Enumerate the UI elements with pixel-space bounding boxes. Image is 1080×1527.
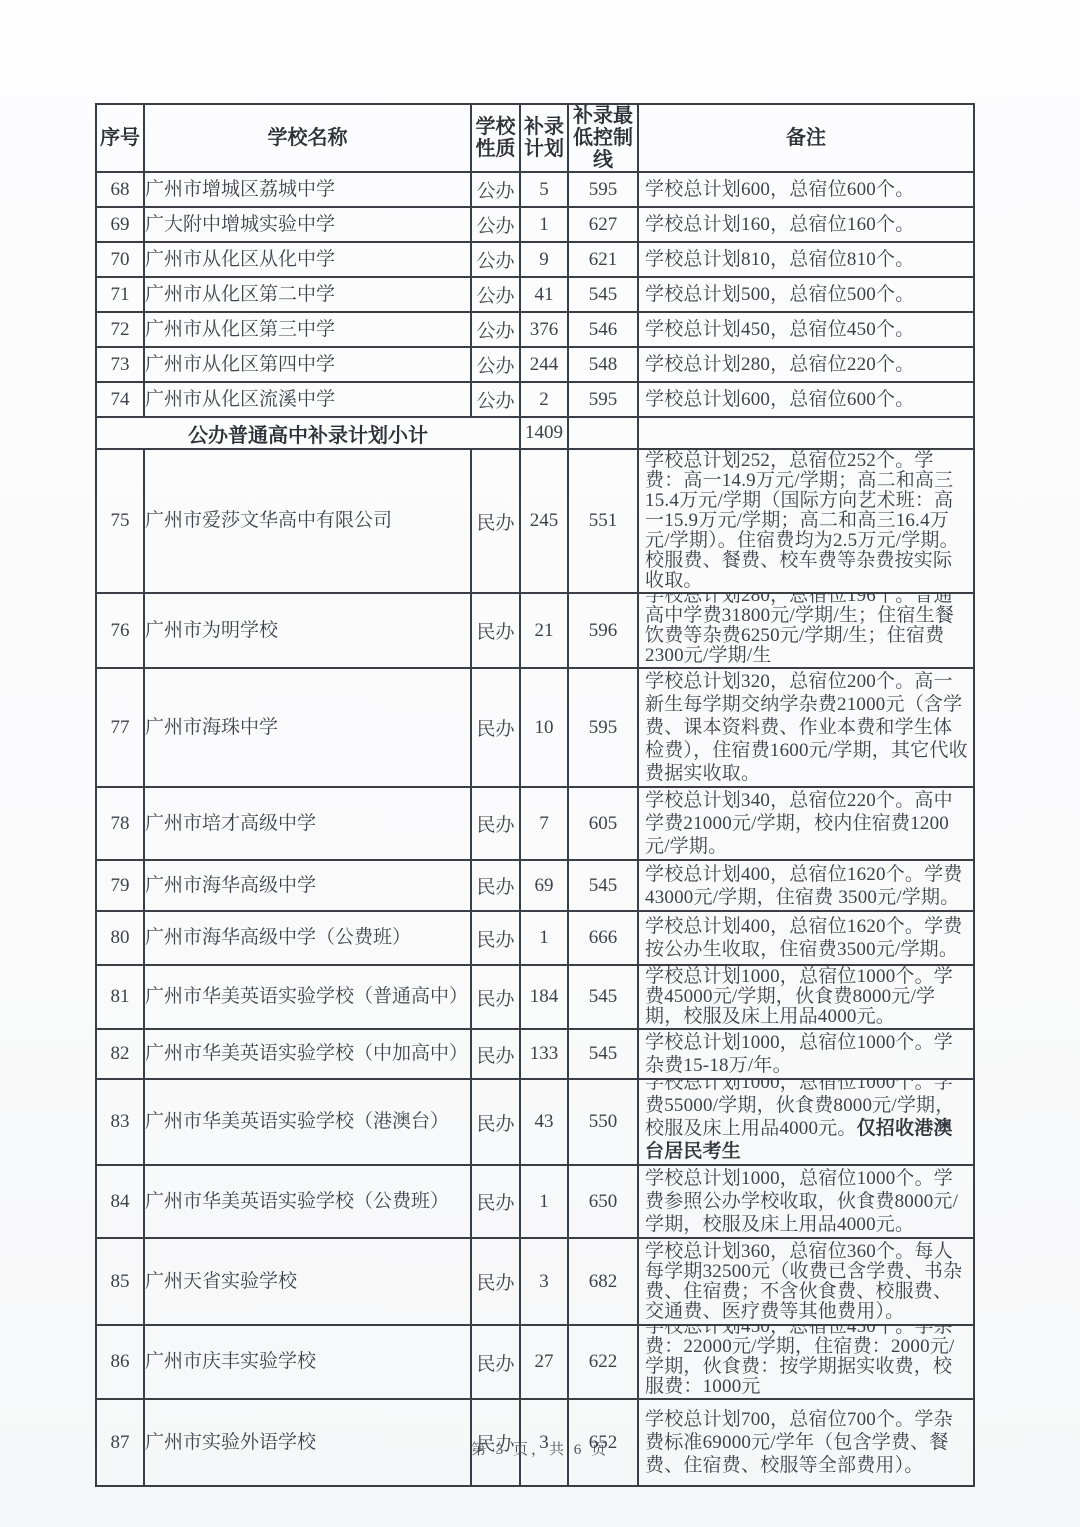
cell-plan: 41 bbox=[520, 277, 568, 312]
school-row: 74广州市从化区流溪中学公办2595学校总计划600，总宿位600个。 bbox=[96, 382, 974, 417]
cell-plan: 2 bbox=[520, 382, 568, 417]
cell-school-type: 民办 bbox=[471, 593, 520, 668]
cell-no: 83 bbox=[96, 1079, 144, 1165]
cell-no: 79 bbox=[96, 860, 144, 911]
cell-min-line: 545 bbox=[568, 1029, 638, 1079]
col-header-no: 序号 bbox=[96, 104, 144, 172]
remark-text: 学校总计划1000，总宿位1000个。学费55000/学期，伙食费8000元/学… bbox=[639, 1079, 973, 1164]
remark-text: 学校总计划340，总宿位220个。高中学费21000元/学期，校内住宿费1200… bbox=[639, 788, 973, 859]
cell-school-type: 公办 bbox=[471, 382, 520, 417]
cell-min-line: 551 bbox=[568, 449, 638, 593]
cell-no: 82 bbox=[96, 1029, 144, 1079]
remark-text-normal: 学校总计划340，总宿位220个。高中学费21000元/学期，校内住宿费1200… bbox=[645, 790, 953, 857]
cell-school-type: 民办 bbox=[471, 860, 520, 911]
cell-school-name: 广州市华美英语实验学校（中加高中） bbox=[144, 1029, 471, 1079]
school-row: 82广州市华美英语实验学校（中加高中）民办133545学校总计划1000，总宿位… bbox=[96, 1029, 974, 1079]
remark-text: 学校总计划320，总宿位200个。高一新生每学期交纳学杂费21000元（含学费、… bbox=[639, 669, 973, 786]
remark-text-normal: 学校总计划600，总宿位600个。 bbox=[645, 179, 914, 200]
cell-remark: 学校总计划810，总宿位810个。 bbox=[638, 242, 974, 277]
cell-school-name: 广州市从化区第四中学 bbox=[144, 347, 471, 382]
cell-plan: 184 bbox=[520, 965, 568, 1029]
cell-plan: 1 bbox=[520, 1165, 568, 1238]
col-header-plan: 补录计划 bbox=[520, 104, 568, 172]
cell-plan: 245 bbox=[520, 449, 568, 593]
school-row: 68广州市增城区荔城中学公办5595学校总计划600，总宿位600个。 bbox=[96, 172, 974, 207]
cell-school-type: 公办 bbox=[471, 172, 520, 207]
cell-min-line: 596 bbox=[568, 593, 638, 668]
school-row: 85广州天省实验学校民办3682学校总计划360，总宿位360个。每人每学期32… bbox=[96, 1238, 974, 1325]
school-row: 75广州市爱莎文华高中有限公司民办245551学校总计划252，总宿位252个。… bbox=[96, 449, 974, 593]
cell-remark: 学校总计划252，总宿位252个。学费：高一14.9万元/学期；高二和高三15.… bbox=[638, 449, 974, 593]
school-row: 83广州市华美英语实验学校（港澳台）民办43550学校总计划1000，总宿位10… bbox=[96, 1079, 974, 1165]
subtotal-plan-value: 1409 bbox=[520, 417, 568, 449]
cell-min-line: 605 bbox=[568, 787, 638, 860]
school-row: 71广州市从化区第二中学公办41545学校总计划500，总宿位500个。 bbox=[96, 277, 974, 312]
cell-no: 69 bbox=[96, 207, 144, 242]
remark-text-normal: 学校总计划320，总宿位200个。高一新生每学期交纳学杂费21000元（含学费、… bbox=[645, 671, 968, 784]
cell-school-name: 广州市从化区第二中学 bbox=[144, 277, 471, 312]
remark-text: 学校总计划450，总宿位450个。 bbox=[639, 317, 973, 342]
cell-school-name: 广大附中增城实验中学 bbox=[144, 207, 471, 242]
cell-min-line: 545 bbox=[568, 277, 638, 312]
cell-remark: 学校总计划450，总宿位450个。 bbox=[638, 312, 974, 347]
cell-plan: 69 bbox=[520, 860, 568, 911]
cell-plan: 7 bbox=[520, 787, 568, 860]
cell-no: 71 bbox=[96, 277, 144, 312]
remark-text: 学校总计划600，总宿位600个。 bbox=[639, 177, 973, 202]
remark-text-normal: 学校总计划280，总宿位220个。 bbox=[645, 354, 914, 375]
cell-school-name: 广州市从化区从化中学 bbox=[144, 242, 471, 277]
cell-no: 70 bbox=[96, 242, 144, 277]
remark-text: 学校总计划400，总宿位1620个。学费按公办生收取，住宿费3500元/学期。 bbox=[639, 914, 973, 962]
cell-school-type: 民办 bbox=[471, 449, 520, 593]
cell-plan: 43 bbox=[520, 1079, 568, 1165]
cell-min-line: 622 bbox=[568, 1325, 638, 1399]
cell-school-type: 公办 bbox=[471, 207, 520, 242]
school-row: 69广大附中增城实验中学公办1627学校总计划160，总宿位160个。 bbox=[96, 207, 974, 242]
cell-min-line: 550 bbox=[568, 1079, 638, 1165]
cell-min-line: 621 bbox=[568, 242, 638, 277]
cell-school-name: 广州市华美英语实验学校（普通高中） bbox=[144, 965, 471, 1029]
cell-plan: 27 bbox=[520, 1325, 568, 1399]
cell-min-line: 548 bbox=[568, 347, 638, 382]
col-header-remark: 备注 bbox=[638, 104, 974, 172]
cell-school-name: 广州市庆丰实验学校 bbox=[144, 1325, 471, 1399]
remark-text-normal: 学校总计划160，总宿位160个。 bbox=[645, 214, 914, 235]
cell-school-name: 广州市增城区荔城中学 bbox=[144, 172, 471, 207]
cell-remark: 学校总计划400，总宿位1620个。学费按公办生收取，住宿费3500元/学期。 bbox=[638, 911, 974, 965]
cell-school-type: 公办 bbox=[471, 347, 520, 382]
cell-min-line: 666 bbox=[568, 911, 638, 965]
remark-text: 学校总计划1000，总宿位1000个。学费45000元/学期，伙食费8000元/… bbox=[639, 966, 973, 1028]
col-header-school-type: 学校性质 bbox=[471, 104, 520, 172]
remark-text-normal: 学校总计划810，总宿位810个。 bbox=[645, 249, 914, 270]
cell-remark: 学校总计划340，总宿位220个。高中学费21000元/学期，校内住宿费1200… bbox=[638, 787, 974, 860]
remark-text-normal: 学校总计划450，总宿位450个。 bbox=[645, 319, 914, 340]
table-header-row: 序号 学校名称 学校性质 补录计划 补录最低控制线 备注 bbox=[96, 104, 974, 172]
cell-no: 75 bbox=[96, 449, 144, 593]
remark-text-normal: 学校总计划252，总宿位252个。学费：高一14.9万元/学期；高二和高三15.… bbox=[645, 450, 959, 591]
cell-remark: 学校总计划280，总宿位220个。 bbox=[638, 347, 974, 382]
cell-min-line: 595 bbox=[568, 382, 638, 417]
cell-no: 84 bbox=[96, 1165, 144, 1238]
cell-no: 74 bbox=[96, 382, 144, 417]
school-row: 77广州市海珠中学民办10595学校总计划320，总宿位200个。高一新生每学期… bbox=[96, 668, 974, 787]
cell-plan: 244 bbox=[520, 347, 568, 382]
table-body: 68广州市增城区荔城中学公办5595学校总计划600，总宿位600个。69广大附… bbox=[96, 172, 974, 1486]
cell-plan: 3 bbox=[520, 1238, 568, 1325]
school-row: 80广州市海华高级中学（公费班）民办1666学校总计划400，总宿位1620个。… bbox=[96, 911, 974, 965]
remark-text-normal: 学校总计划280，总宿位196个。普通高中学费31800元/学期/生；住宿生餐饮… bbox=[645, 593, 954, 666]
cell-school-name: 广州市海珠中学 bbox=[144, 668, 471, 787]
cell-remark: 学校总计划360，总宿位360个。每人每学期32500元（收费已含学费、书杂费、… bbox=[638, 1238, 974, 1325]
cell-plan: 376 bbox=[520, 312, 568, 347]
remark-text: 学校总计划810，总宿位810个。 bbox=[639, 247, 973, 272]
subtotal-remark-empty bbox=[638, 417, 974, 449]
document-page: 序号 学校名称 学校性质 补录计划 补录最低控制线 备注 68广州市增城区荔城中… bbox=[0, 0, 1080, 1527]
cell-school-name: 广州市华美英语实验学校（港澳台） bbox=[144, 1079, 471, 1165]
cell-plan: 133 bbox=[520, 1029, 568, 1079]
cell-school-type: 民办 bbox=[471, 1238, 520, 1325]
cell-no: 85 bbox=[96, 1238, 144, 1325]
cell-no: 80 bbox=[96, 911, 144, 965]
cell-min-line: 650 bbox=[568, 1165, 638, 1238]
cell-min-line: 627 bbox=[568, 207, 638, 242]
remark-text: 学校总计划1000，总宿位1000个。学杂费15-18万/年。 bbox=[639, 1030, 973, 1078]
cell-no: 77 bbox=[96, 668, 144, 787]
cell-remark: 学校总计划600，总宿位600个。 bbox=[638, 382, 974, 417]
cell-school-name: 广州市培才高级中学 bbox=[144, 787, 471, 860]
col-header-min-line: 补录最低控制线 bbox=[568, 104, 638, 172]
cell-no: 78 bbox=[96, 787, 144, 860]
cell-school-type: 公办 bbox=[471, 312, 520, 347]
cell-remark: 学校总计划1000，总宿位1000个。学费45000元/学期，伙食费8000元/… bbox=[638, 965, 974, 1029]
cell-remark: 学校总计划160，总宿位160个。 bbox=[638, 207, 974, 242]
school-row: 86广州市庆丰实验学校民办27622学校总计划450，总宿位450个。学杂费：2… bbox=[96, 1325, 974, 1399]
cell-school-name: 广州市为明学校 bbox=[144, 593, 471, 668]
remark-text-normal: 学校总计划400，总宿位1620个。学费按公办生收取，住宿费3500元/学期。 bbox=[645, 916, 963, 960]
school-row: 79广州市海华高级中学民办69545学校总计划400，总宿位1620个。学费43… bbox=[96, 860, 974, 911]
school-row: 73广州市从化区第四中学公办244548学校总计划280，总宿位220个。 bbox=[96, 347, 974, 382]
cell-min-line: 682 bbox=[568, 1238, 638, 1325]
cell-remark: 学校总计划450，总宿位450个。学杂费：22000元/学期，住宿费：2000元… bbox=[638, 1325, 974, 1399]
cell-plan: 1 bbox=[520, 911, 568, 965]
cell-plan: 1 bbox=[520, 207, 568, 242]
cell-plan: 5 bbox=[520, 172, 568, 207]
subtotal-line-empty bbox=[568, 417, 638, 449]
remark-text: 学校总计划252，总宿位252个。学费：高一14.9万元/学期；高二和高三15.… bbox=[639, 450, 973, 592]
cell-remark: 学校总计划320，总宿位200个。高一新生每学期交纳学杂费21000元（含学费、… bbox=[638, 668, 974, 787]
remark-text-normal: 学校总计划1000，总宿位1000个。学费45000元/学期，伙食费8000元/… bbox=[645, 966, 953, 1027]
page-number: 第 3 页，共 6 页 bbox=[0, 1438, 1080, 1459]
cell-school-type: 公办 bbox=[471, 277, 520, 312]
remark-text-normal: 学校总计划360，总宿位360个。每人每学期32500元（收费已含学费、书杂费、… bbox=[645, 1241, 962, 1322]
cell-remark: 学校总计划280，总宿位196个。普通高中学费31800元/学期/生；住宿生餐饮… bbox=[638, 593, 974, 668]
remark-text-normal: 学校总计划1000，总宿位1000个。学费参照公办学校收取，伙食费8000元/学… bbox=[645, 1168, 958, 1235]
remark-text: 学校总计划500，总宿位500个。 bbox=[639, 282, 973, 307]
remark-text: 学校总计划450，总宿位450个。学杂费：22000元/学期，住宿费：2000元… bbox=[639, 1325, 973, 1398]
remark-text: 学校总计划280，总宿位196个。普通高中学费31800元/学期/生；住宿生餐饮… bbox=[639, 593, 973, 667]
cell-school-type: 民办 bbox=[471, 1165, 520, 1238]
remark-text-normal: 学校总计划600，总宿位600个。 bbox=[645, 389, 914, 410]
school-row: 70广州市从化区从化中学公办9621学校总计划810，总宿位810个。 bbox=[96, 242, 974, 277]
cell-remark: 学校总计划1000，总宿位1000个。学费55000/学期，伙食费8000元/学… bbox=[638, 1079, 974, 1165]
cell-school-type: 民办 bbox=[471, 911, 520, 965]
subtotal-label: 公办普通高中补录计划小计 bbox=[96, 417, 520, 449]
cell-remark: 学校总计划600，总宿位600个。 bbox=[638, 172, 974, 207]
cell-school-type: 民办 bbox=[471, 965, 520, 1029]
cell-school-type: 公办 bbox=[471, 242, 520, 277]
cell-school-name: 广州市海华高级中学（公费班） bbox=[144, 911, 471, 965]
cell-school-type: 民办 bbox=[471, 1079, 520, 1165]
cell-school-type: 民办 bbox=[471, 1325, 520, 1399]
cell-min-line: 545 bbox=[568, 965, 638, 1029]
cell-min-line: 595 bbox=[568, 172, 638, 207]
school-row: 76广州市为明学校民办21596学校总计划280，总宿位196个。普通高中学费3… bbox=[96, 593, 974, 668]
remark-text: 学校总计划280，总宿位220个。 bbox=[639, 352, 973, 377]
cell-school-type: 民办 bbox=[471, 787, 520, 860]
cell-plan: 21 bbox=[520, 593, 568, 668]
school-row: 78广州市培才高级中学民办7605学校总计划340，总宿位220个。高中学费21… bbox=[96, 787, 974, 860]
remark-text: 学校总计划160，总宿位160个。 bbox=[639, 212, 973, 237]
school-row: 72广州市从化区第三中学公办376546学校总计划450，总宿位450个。 bbox=[96, 312, 974, 347]
cell-school-name: 广州市爱莎文华高中有限公司 bbox=[144, 449, 471, 593]
cell-remark: 学校总计划1000，总宿位1000个。学费参照公办学校收取，伙食费8000元/学… bbox=[638, 1165, 974, 1238]
cell-no: 81 bbox=[96, 965, 144, 1029]
remark-text: 学校总计划1000，总宿位1000个。学费参照公办学校收取，伙食费8000元/学… bbox=[639, 1166, 973, 1237]
cell-no: 68 bbox=[96, 172, 144, 207]
cell-remark: 学校总计划400，总宿位1620个。学费43000元/学期，住宿费 3500元/… bbox=[638, 860, 974, 911]
remark-text: 学校总计划360，总宿位360个。每人每学期32500元（收费已含学费、书杂费、… bbox=[639, 1241, 973, 1323]
school-row: 81广州市华美英语实验学校（普通高中）民办184545学校总计划1000，总宿位… bbox=[96, 965, 974, 1029]
cell-school-name: 广州市从化区第三中学 bbox=[144, 312, 471, 347]
cell-plan: 9 bbox=[520, 242, 568, 277]
remark-text-normal: 学校总计划1000，总宿位1000个。学杂费15-18万/年。 bbox=[645, 1032, 953, 1076]
school-row: 84广州市华美英语实验学校（公费班）民办1650学校总计划1000，总宿位100… bbox=[96, 1165, 974, 1238]
subtotal-row: 公办普通高中补录计划小计1409 bbox=[96, 417, 974, 449]
cell-plan: 10 bbox=[520, 668, 568, 787]
cell-school-name: 广州市海华高级中学 bbox=[144, 860, 471, 911]
cell-min-line: 595 bbox=[568, 668, 638, 787]
cell-remark: 学校总计划1000，总宿位1000个。学杂费15-18万/年。 bbox=[638, 1029, 974, 1079]
cell-min-line: 545 bbox=[568, 860, 638, 911]
cell-min-line: 546 bbox=[568, 312, 638, 347]
remark-text-normal: 学校总计划450，总宿位450个。学杂费：22000元/学期，住宿费：2000元… bbox=[645, 1325, 954, 1397]
cell-no: 86 bbox=[96, 1325, 144, 1399]
cell-school-name: 广州市从化区流溪中学 bbox=[144, 382, 471, 417]
school-recruitment-table: 序号 学校名称 学校性质 补录计划 补录最低控制线 备注 68广州市增城区荔城中… bbox=[95, 103, 975, 1487]
cell-school-type: 民办 bbox=[471, 1029, 520, 1079]
remark-text: 学校总计划600，总宿位600个。 bbox=[639, 387, 973, 412]
col-header-school-name: 学校名称 bbox=[144, 104, 471, 172]
cell-remark: 学校总计划500，总宿位500个。 bbox=[638, 277, 974, 312]
cell-school-name: 广州天省实验学校 bbox=[144, 1238, 471, 1325]
cell-no: 76 bbox=[96, 593, 144, 668]
cell-school-name: 广州市华美英语实验学校（公费班） bbox=[144, 1165, 471, 1238]
cell-school-type: 民办 bbox=[471, 668, 520, 787]
cell-no: 73 bbox=[96, 347, 144, 382]
remark-text-normal: 学校总计划500，总宿位500个。 bbox=[645, 284, 914, 305]
remark-text-normal: 学校总计划400，总宿位1620个。学费43000元/学期，住宿费 3500元/… bbox=[645, 864, 963, 908]
cell-no: 72 bbox=[96, 312, 144, 347]
remark-text: 学校总计划400，总宿位1620个。学费43000元/学期，住宿费 3500元/… bbox=[639, 862, 973, 910]
